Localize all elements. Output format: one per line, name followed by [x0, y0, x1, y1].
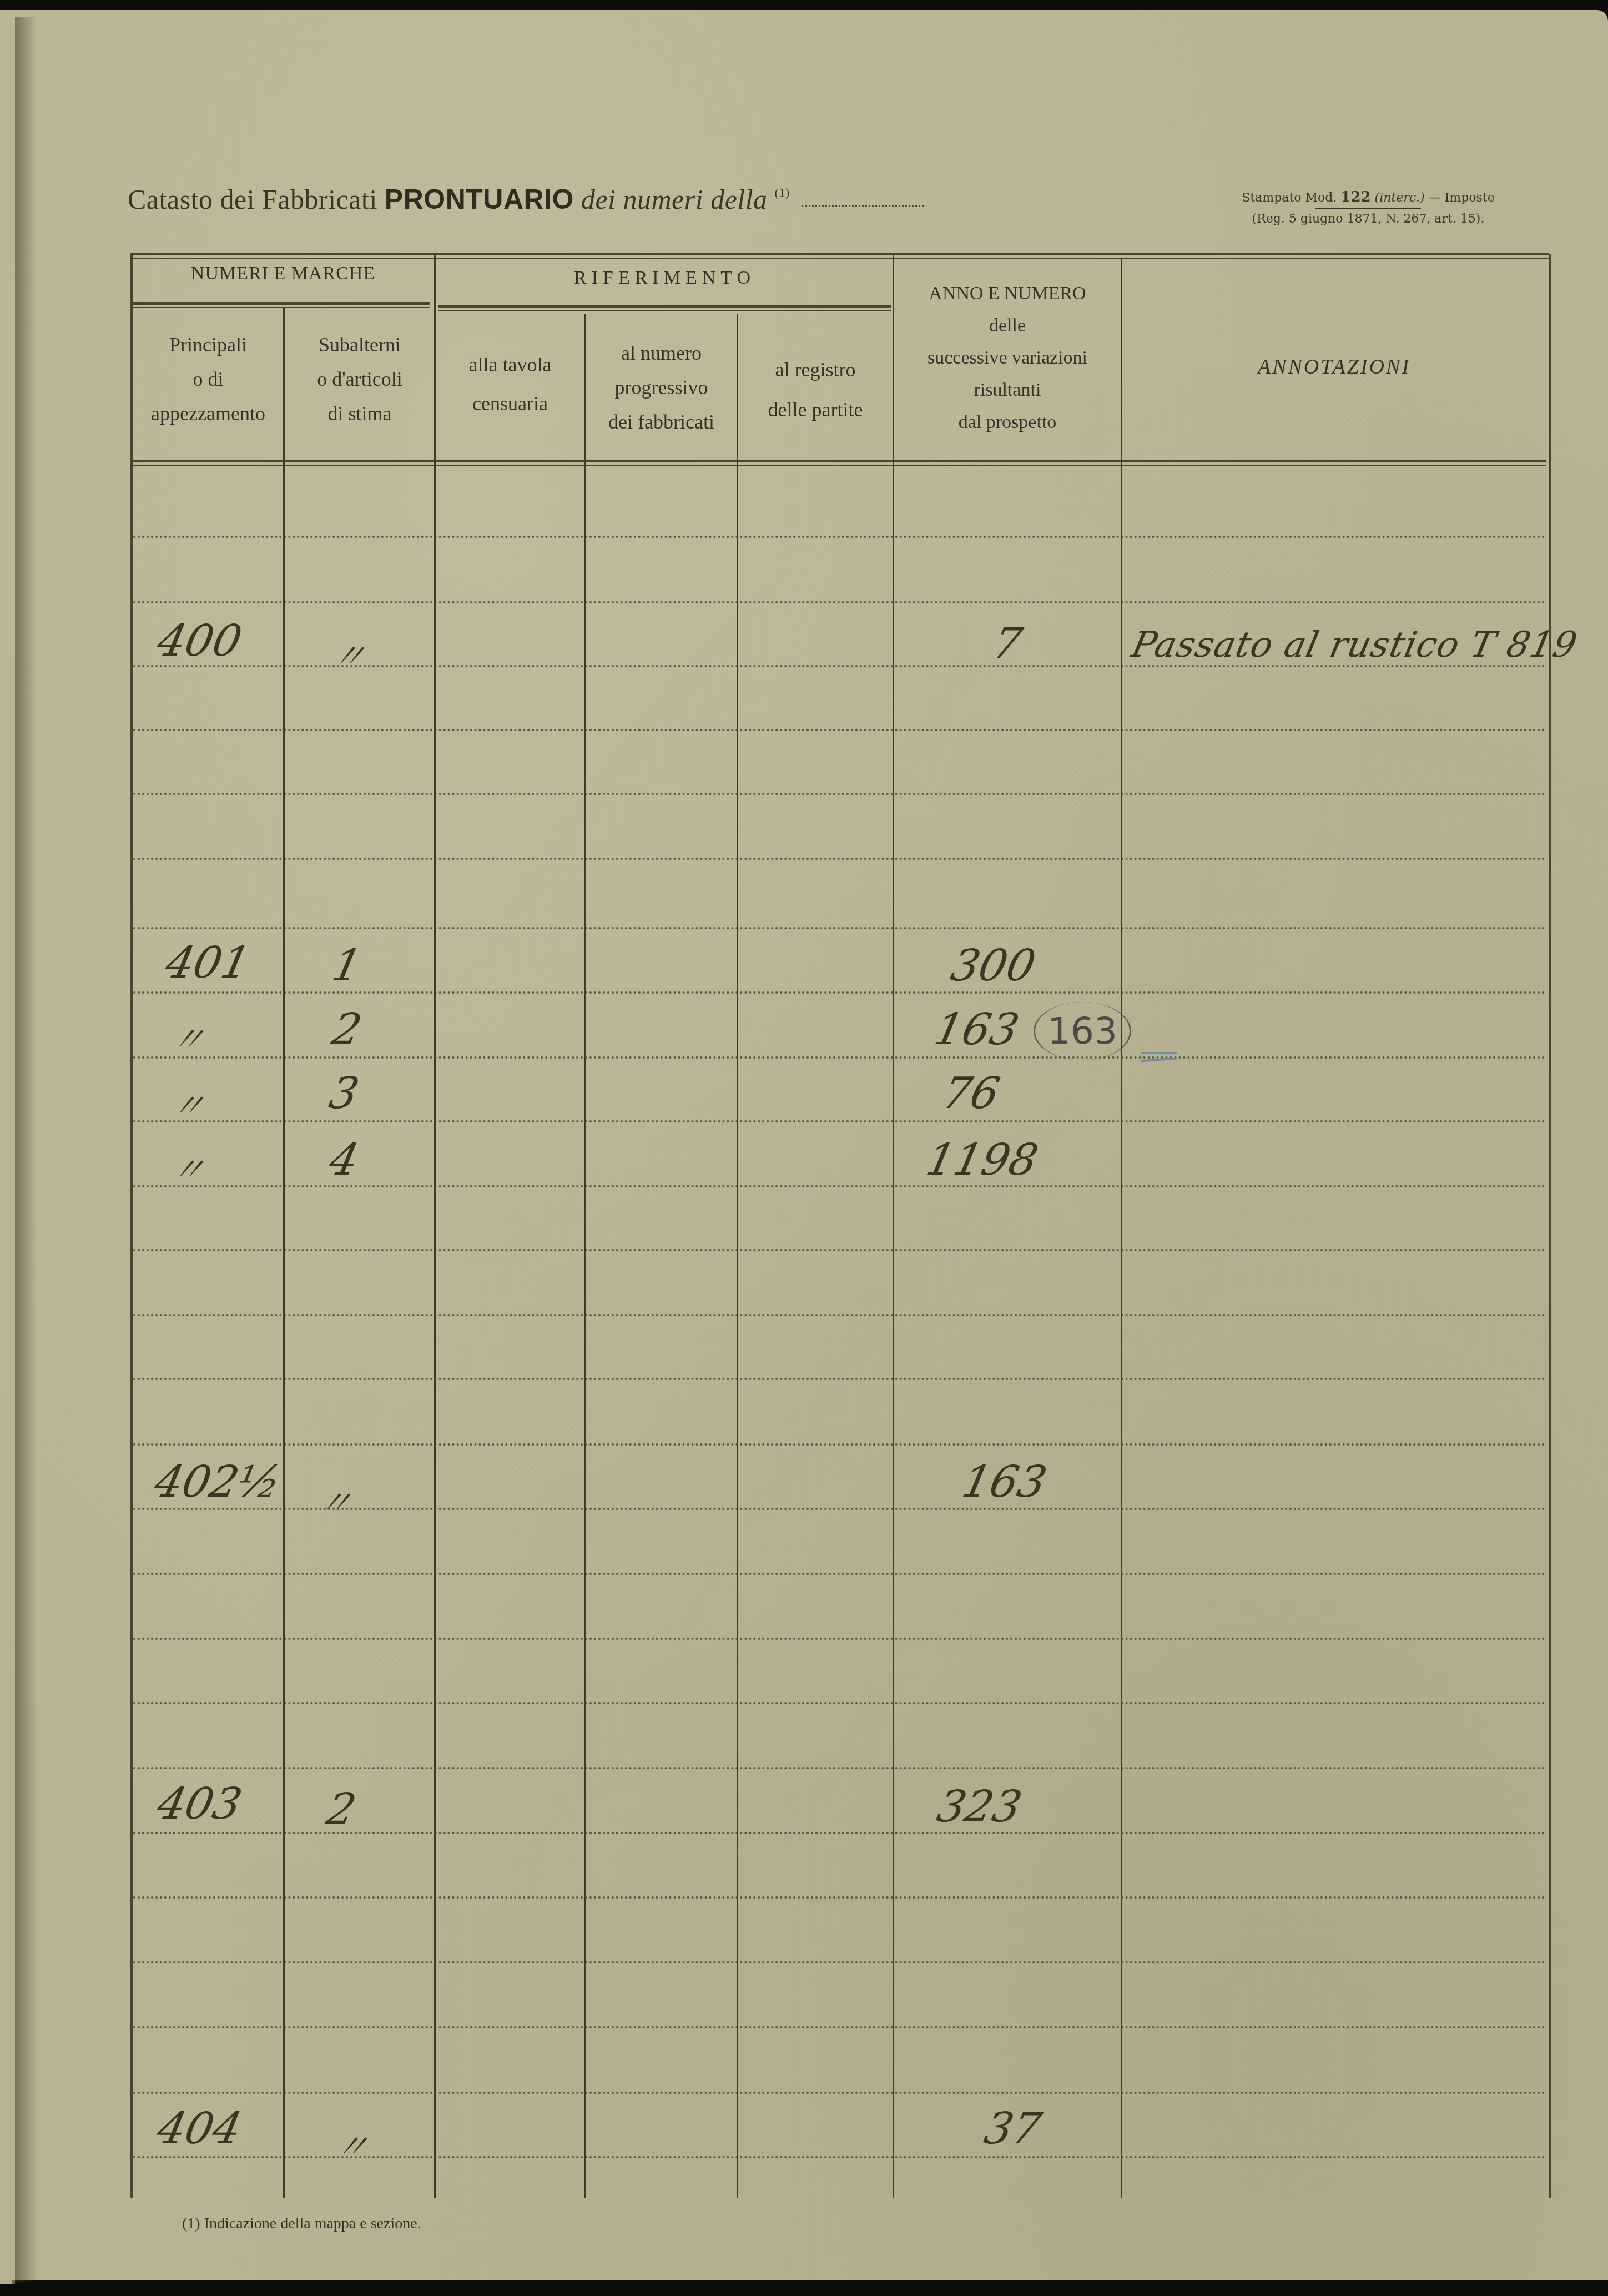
row-line	[133, 1120, 1546, 1122]
header-numero-progressivo: al numero progressivo dei fabbricati	[586, 336, 737, 439]
row-line	[133, 1961, 1546, 1963]
page-title: Catasto dei Fabbricati PRONTUARIO dei nu…	[128, 183, 924, 215]
group-rule-riferimento	[438, 305, 891, 308]
row-line	[133, 1702, 1546, 1704]
header-subalterni: Subalterni o d'articoli di stima	[285, 328, 435, 431]
title-fill-line	[802, 205, 924, 207]
stamp-regulation: (Reg. 5 giugno 1871, N. 267, art. 15).	[1213, 212, 1524, 226]
row-line	[133, 1378, 1546, 1380]
entry-anno-numero: 76	[938, 1069, 1004, 1119]
row-line	[133, 601, 1546, 603]
title-italic: dei numeri della	[581, 184, 768, 215]
col-divider-1	[283, 308, 285, 2198]
col-divider-5	[893, 254, 894, 2198]
stamp-divider	[1315, 208, 1421, 209]
header-bottom-rule	[133, 460, 1546, 462]
row-line	[133, 1314, 1546, 1316]
footnote: (1) Indicazione della mappa e sezione.	[182, 2215, 421, 2233]
entry-annotazione: Passato al rustico T 819	[1128, 625, 1581, 666]
row-line	[133, 1443, 1546, 1446]
header-principali: Principali o di appezzamento	[133, 328, 283, 431]
entry-principali: 400	[153, 616, 246, 666]
row-line	[133, 1638, 1546, 1640]
title-footnote-ref: (1)	[775, 185, 790, 199]
col-divider-4	[737, 314, 738, 2198]
title-part1: Catasto dei Fabbricati	[128, 184, 377, 215]
header-riferimento: RIFERIMENTO	[438, 261, 891, 295]
entry-principali: 404	[153, 2104, 246, 2154]
row-line	[133, 927, 1546, 929]
col-divider-3	[584, 314, 586, 2198]
row-line	[133, 1573, 1546, 1575]
scan-background-edge	[0, 2284, 1608, 2296]
row-line	[133, 1056, 1546, 1059]
register-table	[130, 254, 1551, 2198]
row-line	[133, 2092, 1546, 2094]
entry-principali: 403	[153, 1779, 246, 1829]
row-line	[133, 1185, 1546, 1187]
row-line	[133, 1896, 1546, 1899]
form-stamp: Stampato Mod. 122 (interc.) — Imposte (R…	[1213, 189, 1524, 226]
pencil-circled-note: 163	[1034, 1002, 1131, 1060]
stamp-italic: (interc.)	[1375, 191, 1425, 205]
table-top-rule	[130, 253, 1549, 255]
row-line	[133, 858, 1546, 860]
header-annotazioni: ANNOTAZIONI	[1122, 350, 1546, 384]
row-line	[133, 2026, 1546, 2028]
entry-anno-numero: 1198	[921, 1135, 1042, 1185]
entry-anno-numero: 163	[930, 1005, 1023, 1055]
blue-pencil-mark	[1141, 1052, 1177, 1060]
entry-anno-numero: 300	[946, 941, 1040, 991]
header-numeri-e-marche: NUMERI E MARCHE	[133, 256, 433, 291]
entry-principali: 402½	[150, 1457, 285, 1507]
header-anno-numero: ANNO E NUMERO delle successive variazion…	[894, 278, 1121, 439]
title-bold: PRONTUARIO	[385, 184, 574, 215]
entry-anno-numero: 323	[932, 1782, 1026, 1832]
row-line	[133, 793, 1546, 795]
col-divider-2	[434, 254, 436, 2198]
stamp-model-number: 122	[1340, 189, 1370, 205]
entry-anno-numero: 37	[980, 2104, 1045, 2154]
entry-anno-numero: 163	[957, 1457, 1051, 1507]
binding-shadow	[15, 17, 37, 2282]
row-line	[133, 729, 1546, 731]
stamp-suffix: — Imposte	[1429, 191, 1495, 205]
header-tavola: alla tavola censuaria	[436, 345, 584, 423]
col-divider-6	[1121, 258, 1122, 2198]
entry-principali: 401	[161, 938, 254, 988]
stamp-prefix: Stampato Mod.	[1242, 191, 1337, 205]
row-line	[133, 1249, 1546, 1251]
header-registro: al registro delle partite	[738, 350, 893, 430]
row-line	[133, 536, 1546, 538]
group-rule-numeri	[133, 302, 430, 305]
row-line	[133, 991, 1546, 994]
row-line	[133, 1767, 1546, 1769]
